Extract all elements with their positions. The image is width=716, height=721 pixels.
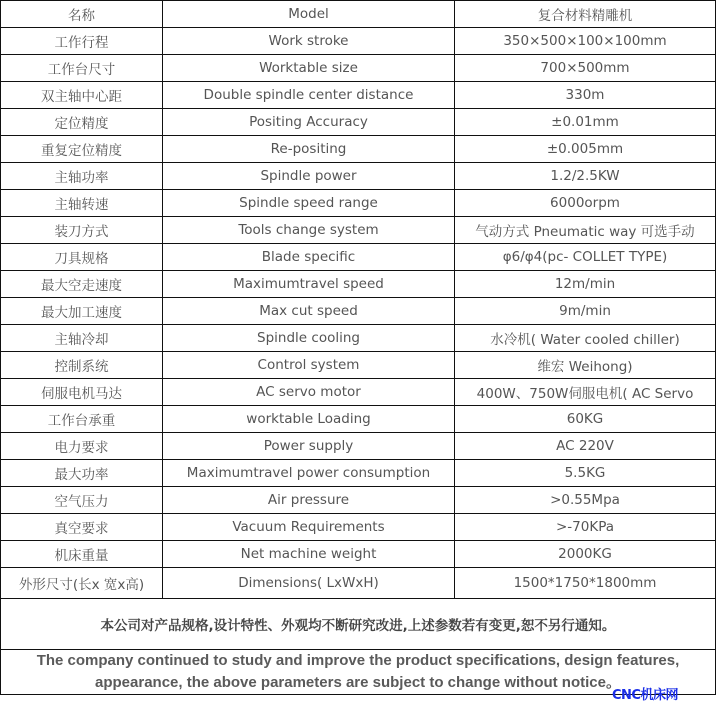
header-row: 名称 Model 复合材料精雕机 [1, 1, 716, 28]
cell-value: 60KG [455, 406, 716, 433]
cell-value: ±0.01mm [455, 109, 716, 136]
table-row: 重复定位精度Re-positing±0.005mm [1, 136, 716, 163]
cell-value: 6000orpm [455, 190, 716, 217]
table-row: 装刀方式Tools change system气动方式 Pneumatic wa… [1, 217, 716, 244]
cell-value: 700×500mm [455, 55, 716, 82]
cell-en: Power supply [163, 433, 455, 460]
footer-note-cn: 本公司对产品规格,设计特性、外观均不断研究改进,上述参数若有变更,恕不另行通知。 [1, 599, 716, 650]
cell-value: >0.55Mpa [455, 487, 716, 514]
cell-cn: 空气压力 [1, 487, 163, 514]
cell-cn: 主轴转速 [1, 190, 163, 217]
table-row: 刀具规格Blade specificφ6/φ4(pc- COLLET TYPE) [1, 244, 716, 271]
cell-value: 9m/min [455, 298, 716, 325]
cell-cn: 控制系统 [1, 352, 163, 379]
cell-value: AC 220V [455, 433, 716, 460]
cell-value: 330m [455, 82, 716, 109]
cell-value: 1500*1750*1800mm [455, 568, 716, 599]
cell-cn: 主轴功率 [1, 163, 163, 190]
cell-en: AC servo motor [163, 379, 455, 406]
cell-en: Dimensions( LxWxH) [163, 568, 455, 599]
cell-en: Air pressure [163, 487, 455, 514]
cell-en: Double spindle center distance [163, 82, 455, 109]
cell-cn: 工作台尺寸 [1, 55, 163, 82]
cell-value: 5.5KG [455, 460, 716, 487]
table-row: 真空要求Vacuum Requirements>-70KPa [1, 514, 716, 541]
table-row: 工作行程Work stroke350×500×100×100mm [1, 28, 716, 55]
table-row: 最大空走速度Maximumtravel speed12m/min [1, 271, 716, 298]
cell-value: 维宏 Weihong) [455, 352, 716, 379]
cell-cn: 定位精度 [1, 109, 163, 136]
cell-cn: 最大空走速度 [1, 271, 163, 298]
cell-value: 气动方式 Pneumatic way 可选手动 [455, 217, 716, 244]
table-row: 伺服电机马达AC servo motor400W、750W伺服电机( AC Se… [1, 379, 716, 406]
cell-en: Blade specific [163, 244, 455, 271]
table-row: 电力要求Power supplyAC 220V [1, 433, 716, 460]
cell-value: 12m/min [455, 271, 716, 298]
header-value: 复合材料精雕机 [455, 1, 716, 28]
footer-note-en: The company continued to study and impro… [1, 650, 716, 695]
spec-table: 名称 Model 复合材料精雕机 工作行程Work stroke350×500×… [0, 0, 716, 695]
cell-value: φ6/φ4(pc- COLLET TYPE) [455, 244, 716, 271]
table-row: 主轴冷却Spindle cooling水冷机( Water cooled chi… [1, 325, 716, 352]
table-row: 外形尺寸(长x 宽x高)Dimensions( LxWxH)1500*1750*… [1, 568, 716, 599]
cell-en: Net machine weight [163, 541, 455, 568]
cell-cn: 工作台承重 [1, 406, 163, 433]
cell-en: Positing Accuracy [163, 109, 455, 136]
cell-cn: 重复定位精度 [1, 136, 163, 163]
cell-cn: 装刀方式 [1, 217, 163, 244]
cell-en: Vacuum Requirements [163, 514, 455, 541]
cell-en: worktable Loading [163, 406, 455, 433]
table-row: 空气压力Air pressure>0.55Mpa [1, 487, 716, 514]
footer-note-en-row: The company continued to study and impro… [1, 650, 716, 695]
cell-cn: 最大加工速度 [1, 298, 163, 325]
cell-value: 350×500×100×100mm [455, 28, 716, 55]
table-row: 主轴转速Spindle speed range6000orpm [1, 190, 716, 217]
table-row: 工作台承重worktable Loading60KG [1, 406, 716, 433]
cell-cn: 外形尺寸(长x 宽x高) [1, 568, 163, 599]
cell-cn: 机床重量 [1, 541, 163, 568]
cell-cn: 伺服电机马达 [1, 379, 163, 406]
table-row: 主轴功率Spindle power1.2/2.5KW [1, 163, 716, 190]
cell-en: Maximumtravel speed [163, 271, 455, 298]
cell-cn: 最大功率 [1, 460, 163, 487]
cell-value: ±0.005mm [455, 136, 716, 163]
cell-en: Work stroke [163, 28, 455, 55]
cell-value: >-70KPa [455, 514, 716, 541]
footer-note-cn-row: 本公司对产品规格,设计特性、外观均不断研究改进,上述参数若有变更,恕不另行通知。 [1, 599, 716, 650]
table-row: 双主轴中心距Double spindle center distance330m [1, 82, 716, 109]
cell-en: Tools change system [163, 217, 455, 244]
header-en: Model [163, 1, 455, 28]
cell-cn: 双主轴中心距 [1, 82, 163, 109]
table-row: 定位精度Positing Accuracy±0.01mm [1, 109, 716, 136]
cell-en: Spindle cooling [163, 325, 455, 352]
header-cn: 名称 [1, 1, 163, 28]
cell-cn: 真空要求 [1, 514, 163, 541]
cell-cn: 工作行程 [1, 28, 163, 55]
cell-en: Max cut speed [163, 298, 455, 325]
watermark-logo: CNC机床网 [612, 684, 678, 703]
cell-en: Re-positing [163, 136, 455, 163]
cell-value: 1.2/2.5KW [455, 163, 716, 190]
cell-cn: 刀具规格 [1, 244, 163, 271]
cell-en: Maximumtravel power consumption [163, 460, 455, 487]
table-row: 工作台尺寸Worktable size700×500mm [1, 55, 716, 82]
table-row: 最大加工速度Max cut speed9m/min [1, 298, 716, 325]
cell-en: Worktable size [163, 55, 455, 82]
cell-value: 400W、750W伺服电机( AC Servo [455, 379, 716, 406]
table-row: 控制系统Control system维宏 Weihong) [1, 352, 716, 379]
cell-en: Spindle power [163, 163, 455, 190]
cell-cn: 电力要求 [1, 433, 163, 460]
cell-cn: 主轴冷却 [1, 325, 163, 352]
cell-en: Control system [163, 352, 455, 379]
cell-value: 水冷机( Water cooled chiller) [455, 325, 716, 352]
table-row: 机床重量Net machine weight2000KG [1, 541, 716, 568]
table-row: 最大功率Maximumtravel power consumption5.5KG [1, 460, 716, 487]
cell-en: Spindle speed range [163, 190, 455, 217]
cell-value: 2000KG [455, 541, 716, 568]
